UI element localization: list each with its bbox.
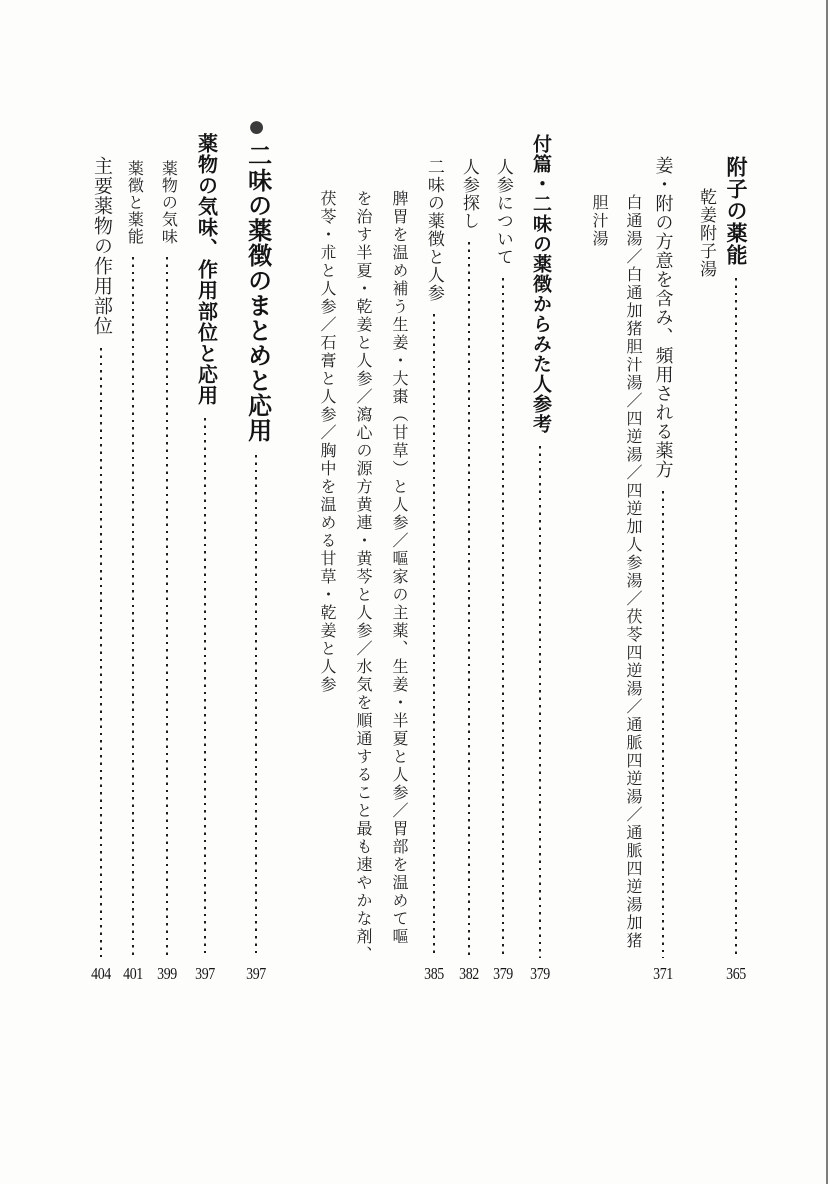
toc-entry-label: 人参について <box>494 158 512 266</box>
dot-leader <box>735 278 738 958</box>
toc-entry-label: 二味の薬徴のまとめと応用 <box>243 143 268 443</box>
dot-leader <box>433 314 436 958</box>
toc-sublist-text: を治す半夏・乾姜と人参／瀉心の源方黄連・黄芩と人参／水気を順通すること最も速やか… <box>354 190 371 964</box>
toc-subentry-label: 乾姜附子湯 <box>697 188 716 278</box>
toc-subentry-kankyo-bushito: 乾姜附子湯 <box>685 188 715 278</box>
toc-sublist-ninjin-pairs-line-2: を治す半夏・乾姜と人参／瀉心の源方黄連・黄芩と人参／水気を順通すること最も速やか… <box>347 190 377 964</box>
toc-entry-label: 薬物の気味 <box>159 160 176 245</box>
toc-entry-label: 附子の薬能 <box>725 156 747 266</box>
dot-leader <box>204 418 207 958</box>
toc-entry-label: 姜・附の方意を含み、頻用される薬方 <box>654 156 673 479</box>
toc-entry-label: 主要薬物の作用部位 <box>91 156 111 336</box>
page-number: 379 <box>530 965 550 982</box>
toc-sublist-formulas-line-2: 胆汁湯 <box>583 194 613 248</box>
toc-entry-bushi-no-yakuno: 附子の薬能 365 <box>718 156 754 982</box>
dot-leader <box>662 491 665 958</box>
page-scan-edge <box>826 0 828 1184</box>
section-bullet-icon: ● <box>241 110 271 143</box>
toc-entry-label: 二味の薬徴と人参 <box>425 158 443 302</box>
dot-leader <box>468 242 471 958</box>
page-number: 401 <box>123 965 143 982</box>
page-number: 397 <box>246 965 266 982</box>
dot-leader <box>166 257 169 958</box>
dot-leader <box>502 278 505 958</box>
toc-entry-label: 人参探し <box>460 158 478 230</box>
page-number: 404 <box>91 965 111 982</box>
toc-sublist-formulas-line-1: 白通湯／白通加猪胆汁湯／四逆湯／四逆加人参湯／茯苓四逆湯／通脈四逆湯／通脈四逆湯… <box>617 194 647 950</box>
toc-sublist-text: 脾胃を温め補う生姜・大棗（甘草）と人参／嘔家の主薬、生姜・半夏と人参／胃部を温め… <box>390 190 407 946</box>
page-number: 365 <box>726 965 746 982</box>
page-number: 399 <box>157 965 177 982</box>
page-number: 397 <box>195 965 215 982</box>
toc-entry-nimi-yakucho-to-ninjin: 二味の薬徴と人参 385 <box>418 158 450 982</box>
toc-entry-yakubutsu-no-kimi: 薬物の気味 399 <box>152 160 182 982</box>
toc-sublist-text: 茯苓・朮と人参／石膏と人参／胸中を温める甘草・乾姜と人参 <box>318 190 335 694</box>
dot-leader <box>255 455 258 958</box>
dot-leader <box>100 348 103 958</box>
page-number: 371 <box>653 965 673 982</box>
toc-entry-kyofu-hoi: 姜・附の方意を含み、頻用される薬方 371 <box>646 156 680 982</box>
toc-entry-fuhen-ninjinko: 付篇・二味の薬徴からみた人参考 379 <box>522 134 558 982</box>
toc-sublist-ninjin-pairs-line-3: 茯苓・朮と人参／石膏と人参／胸中を温める甘草・乾姜と人参 <box>311 190 341 694</box>
toc-entry-matome-to-oyo: ● 二味の薬徴のまとめと応用 397 <box>236 110 276 982</box>
dot-leader <box>132 257 135 958</box>
toc-entry-label: 薬物の気味、作用部位と応用 <box>195 133 216 406</box>
toc-entry-kimi-sayobui-to-oyo: 薬物の気味、作用部位と応用 397 <box>187 133 223 982</box>
toc-entry-ninjin-ni-tsuite: 人参について 379 <box>487 158 519 982</box>
toc-sublist-text: 胆汁湯 <box>590 194 607 248</box>
toc-entry-shuyo-yakubutsu-sayobui: 主要薬物の作用部位 404 <box>84 156 118 982</box>
toc-sublist-text: 白通湯／白通加猪胆汁湯／四逆湯／四逆加人参湯／茯苓四逆湯／通脈四逆湯／通脈四逆湯… <box>624 194 641 950</box>
toc-entry-ninjin-sagashi: 人参探し 382 <box>453 158 485 982</box>
page-number: 385 <box>424 965 444 982</box>
toc-entry-label: 薬徴と薬能 <box>125 160 142 245</box>
page-number: 382 <box>459 965 479 982</box>
toc-entry-yakucho-to-yakuno: 薬徴と薬能 401 <box>118 160 148 982</box>
dot-leader <box>539 446 542 958</box>
page-number: 379 <box>493 965 513 982</box>
toc-entry-label: 付篇・二味の薬徴からみた人参考 <box>530 134 550 434</box>
toc-sublist-ninjin-pairs-line-1: 脾胃を温め補う生姜・大棗（甘草）と人参／嘔家の主薬、生姜・半夏と人参／胃部を温め… <box>383 190 413 946</box>
